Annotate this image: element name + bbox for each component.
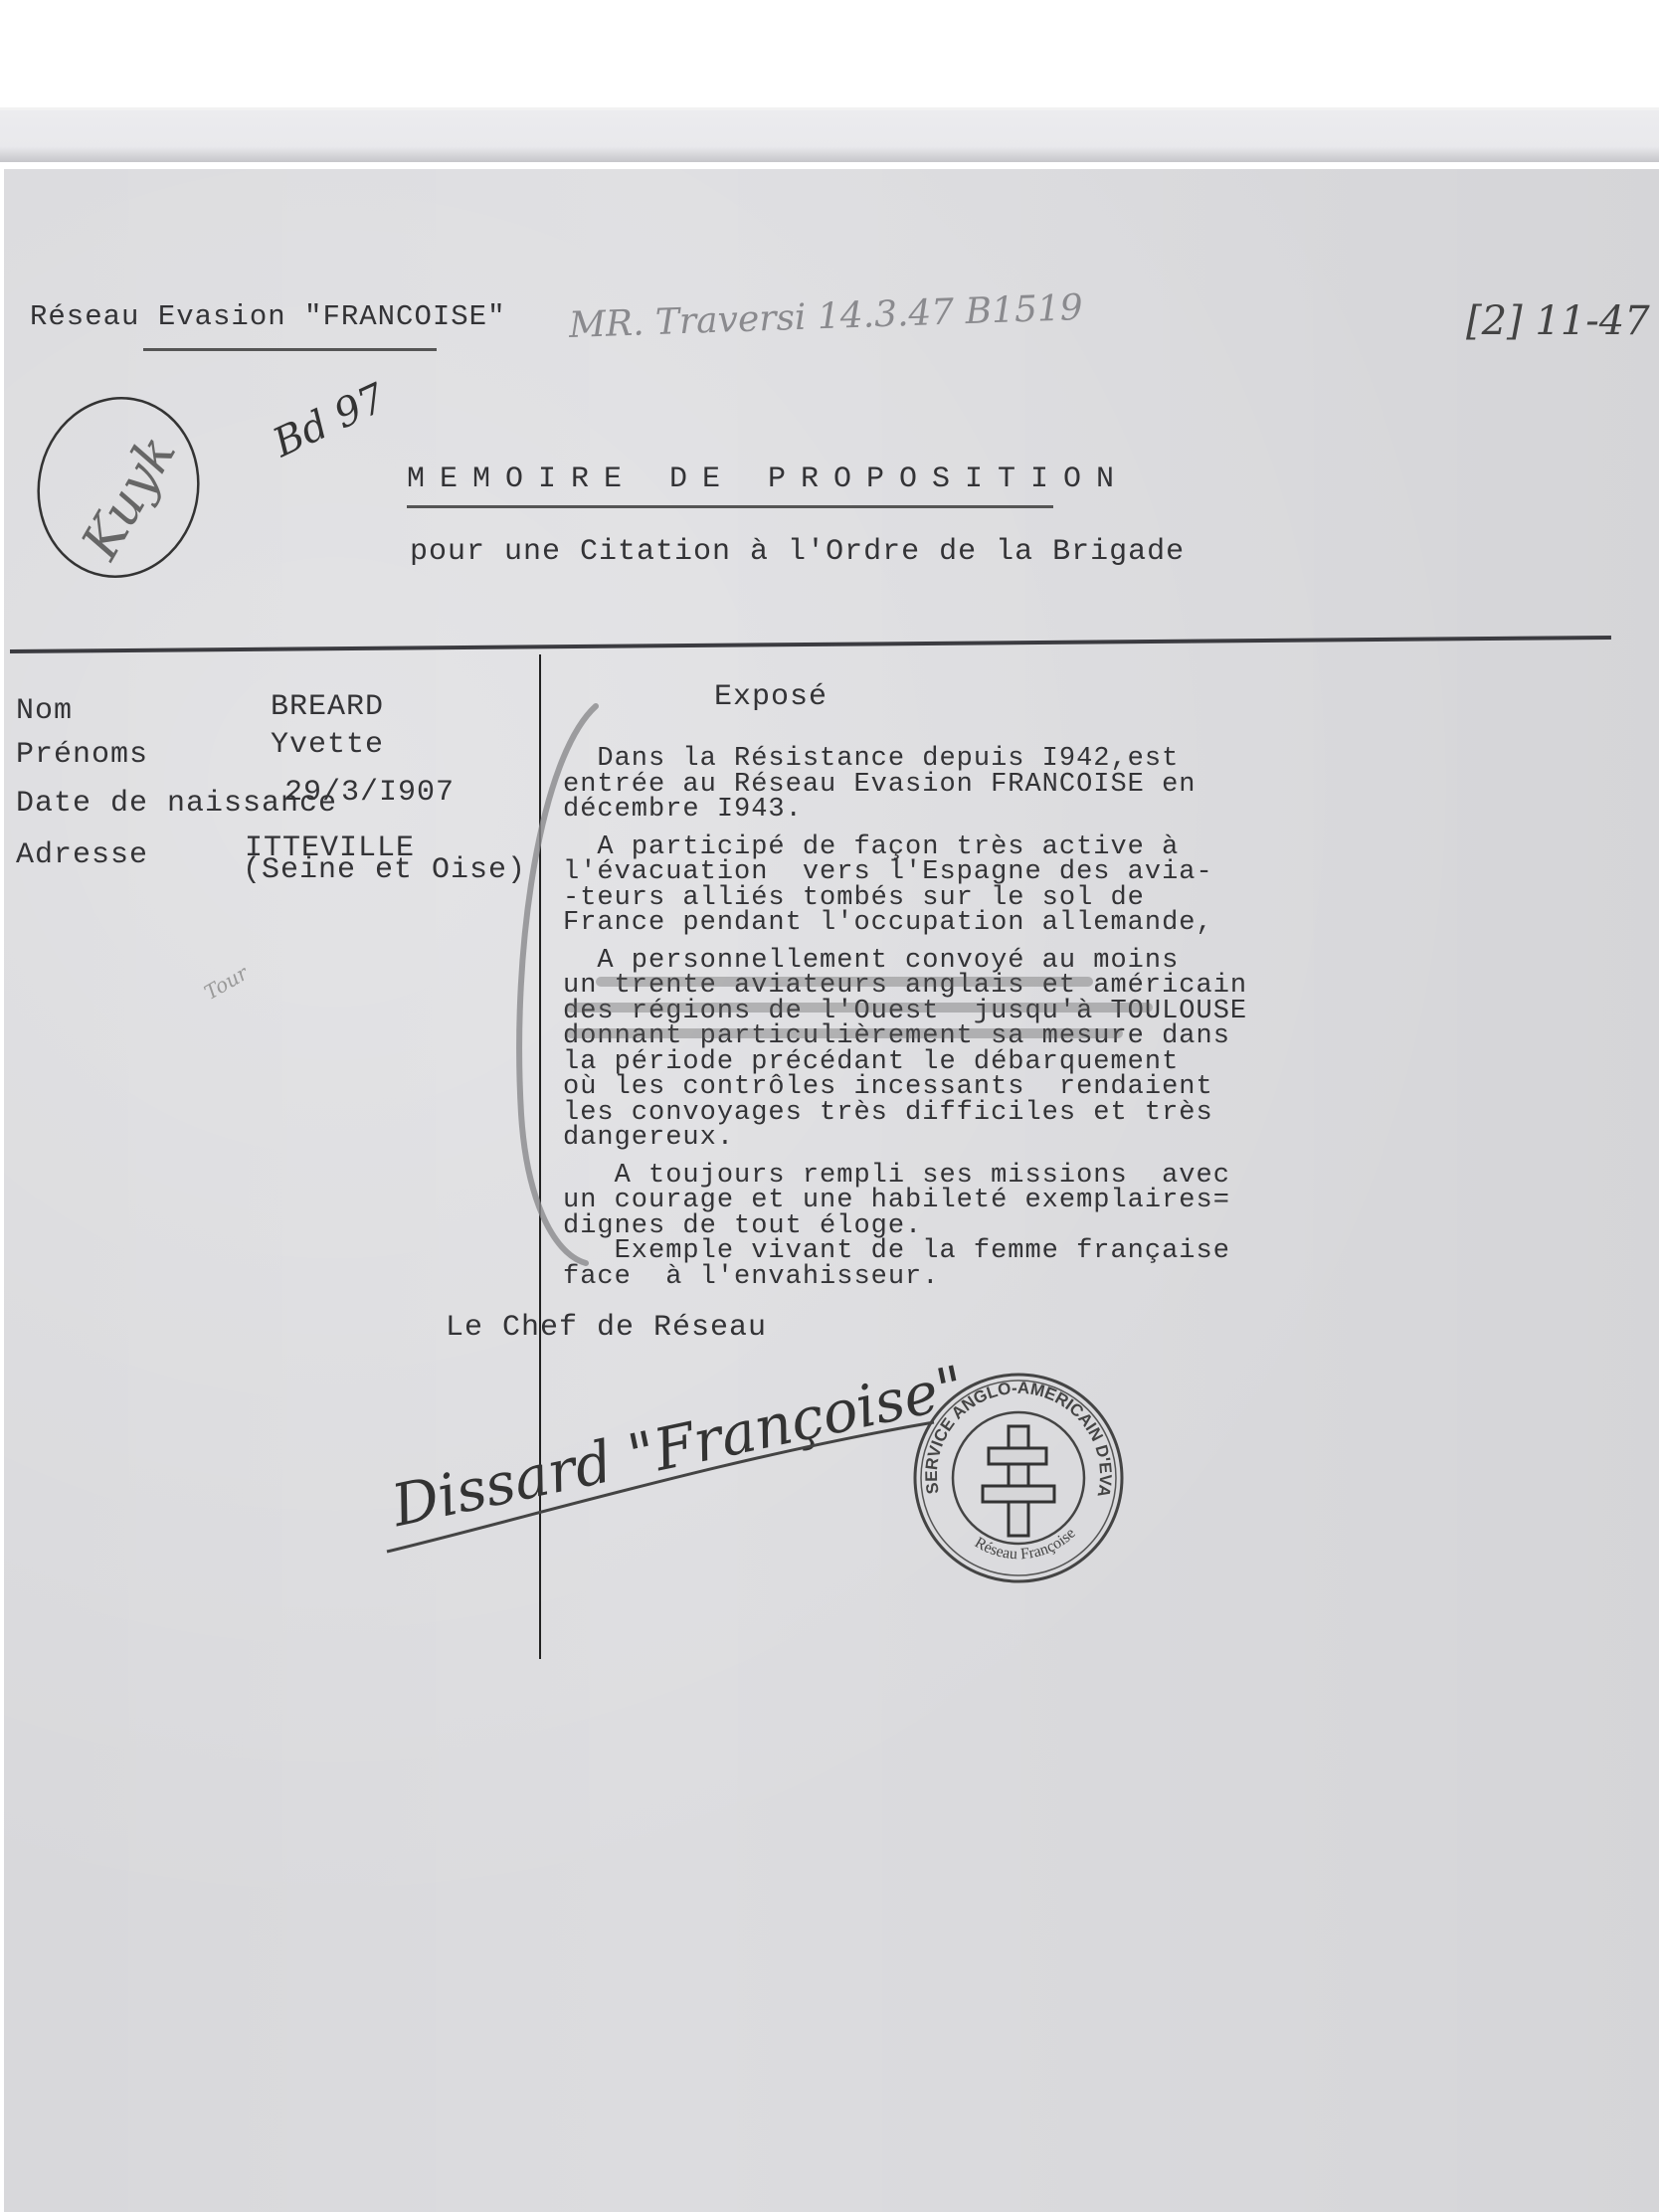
expose-line: un courage et une habileté exemplaires= [563,1188,1230,1214]
scanned-document-page: Réseau Evasion "FRANCOISE" MR. Traversi … [4,169,1659,2212]
field-label-adresse: Adresse [16,840,148,870]
title-underline [407,505,1053,508]
pencil-mark: Tour [200,961,252,1005]
viewer-toolbar [0,107,1659,162]
field-value-prenoms: Yvette [271,730,384,760]
header-underline [143,348,437,351]
field-value-adresse-region: (Seine et Oise) [243,855,526,885]
handwritten-reference: MR. Traversi 14.3.47 B1519 [568,287,1083,346]
strike-mark [566,1003,1153,1013]
signature-label: Le Chef de Réseau [446,1313,767,1343]
signature-flourish-icon [382,1417,939,1557]
margin-number-note: Bd 97 [267,375,393,466]
network-header: Réseau Evasion "FRANCOISE" [30,302,505,331]
field-value-naissance: 29/3/I907 [284,778,455,808]
field-value-nom: BREARD [271,692,384,722]
cross-of-lorraine-icon [983,1426,1054,1536]
expose-heading: Exposé [714,682,828,712]
strike-mark [596,977,1093,987]
handwritten-code: [2] 11-47 [1466,298,1650,344]
section-divider [10,636,1611,653]
expose-line: Exemple vivant de la femme française [563,1238,1230,1265]
expose-line: Dans la Résistance depuis I942,est [563,746,1179,773]
stamp-icon: SERVICE ANGLO-AMERICAIN D'EVASION Réseau… [909,1369,1128,1587]
document-subtitle: pour une Citation à l'Ordre de la Brigad… [410,537,1185,567]
field-label-nom: Nom [16,696,73,726]
field-label-prenoms: Prénoms [16,740,148,770]
expose-line: France pendant l'occupation allemande, [563,910,1213,937]
document-title: MEMOIRE DE PROPOSITION [407,464,1129,494]
expose-line: où les contrôles incessants rendaient [563,1074,1213,1101]
expose-line: l'évacuation vers l'Espagne des avia- [563,859,1213,886]
strike-mark [566,1028,1123,1038]
